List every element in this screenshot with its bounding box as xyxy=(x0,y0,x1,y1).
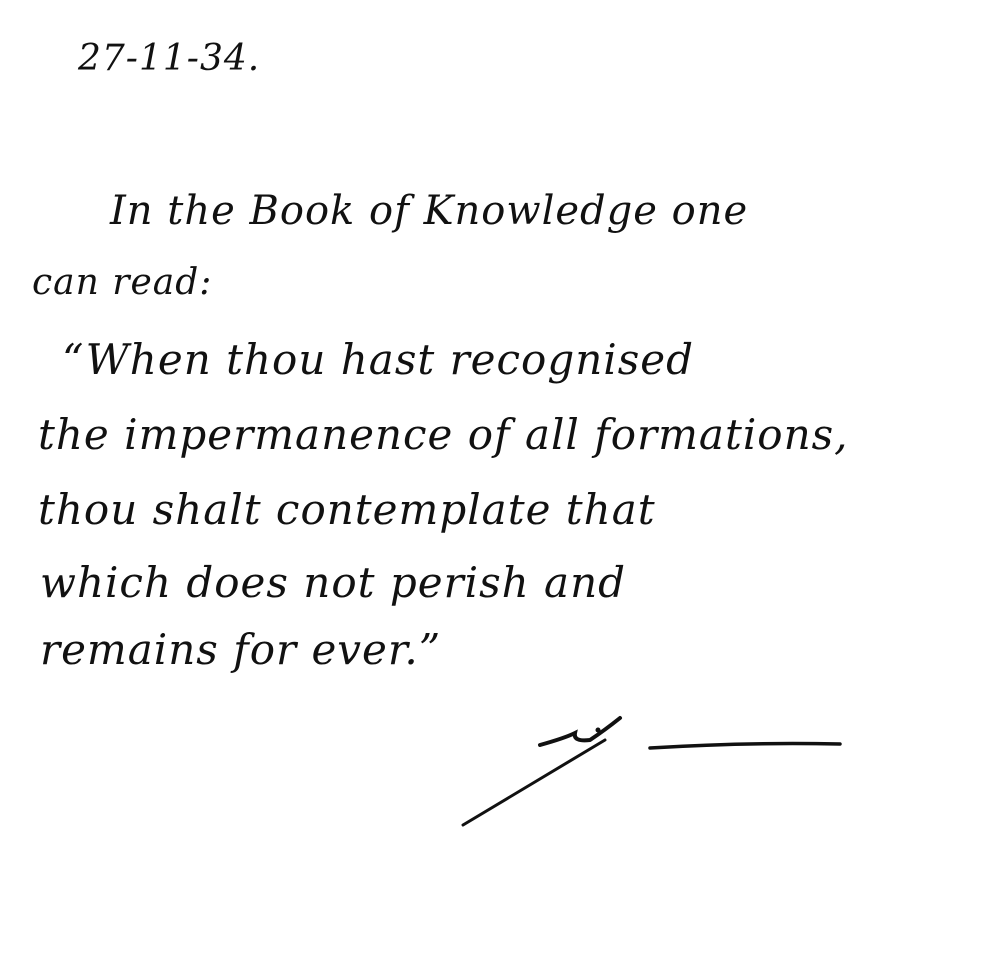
signature-icon xyxy=(455,700,855,840)
quote-line-2: the impermanence of all formations, xyxy=(38,410,849,459)
quote-line-5: remains for ever.” xyxy=(40,625,441,674)
quote-line-3: thou shalt contemplate that xyxy=(38,485,656,534)
text-line-1: In the Book of Knowledge one xyxy=(110,188,748,234)
text-line-2: can read: xyxy=(32,262,212,303)
date: 27-11-34. xyxy=(78,38,260,79)
quote-line-1: “When thou hast recognised xyxy=(62,335,694,384)
quote-line-4: which does not perish and xyxy=(40,558,626,607)
